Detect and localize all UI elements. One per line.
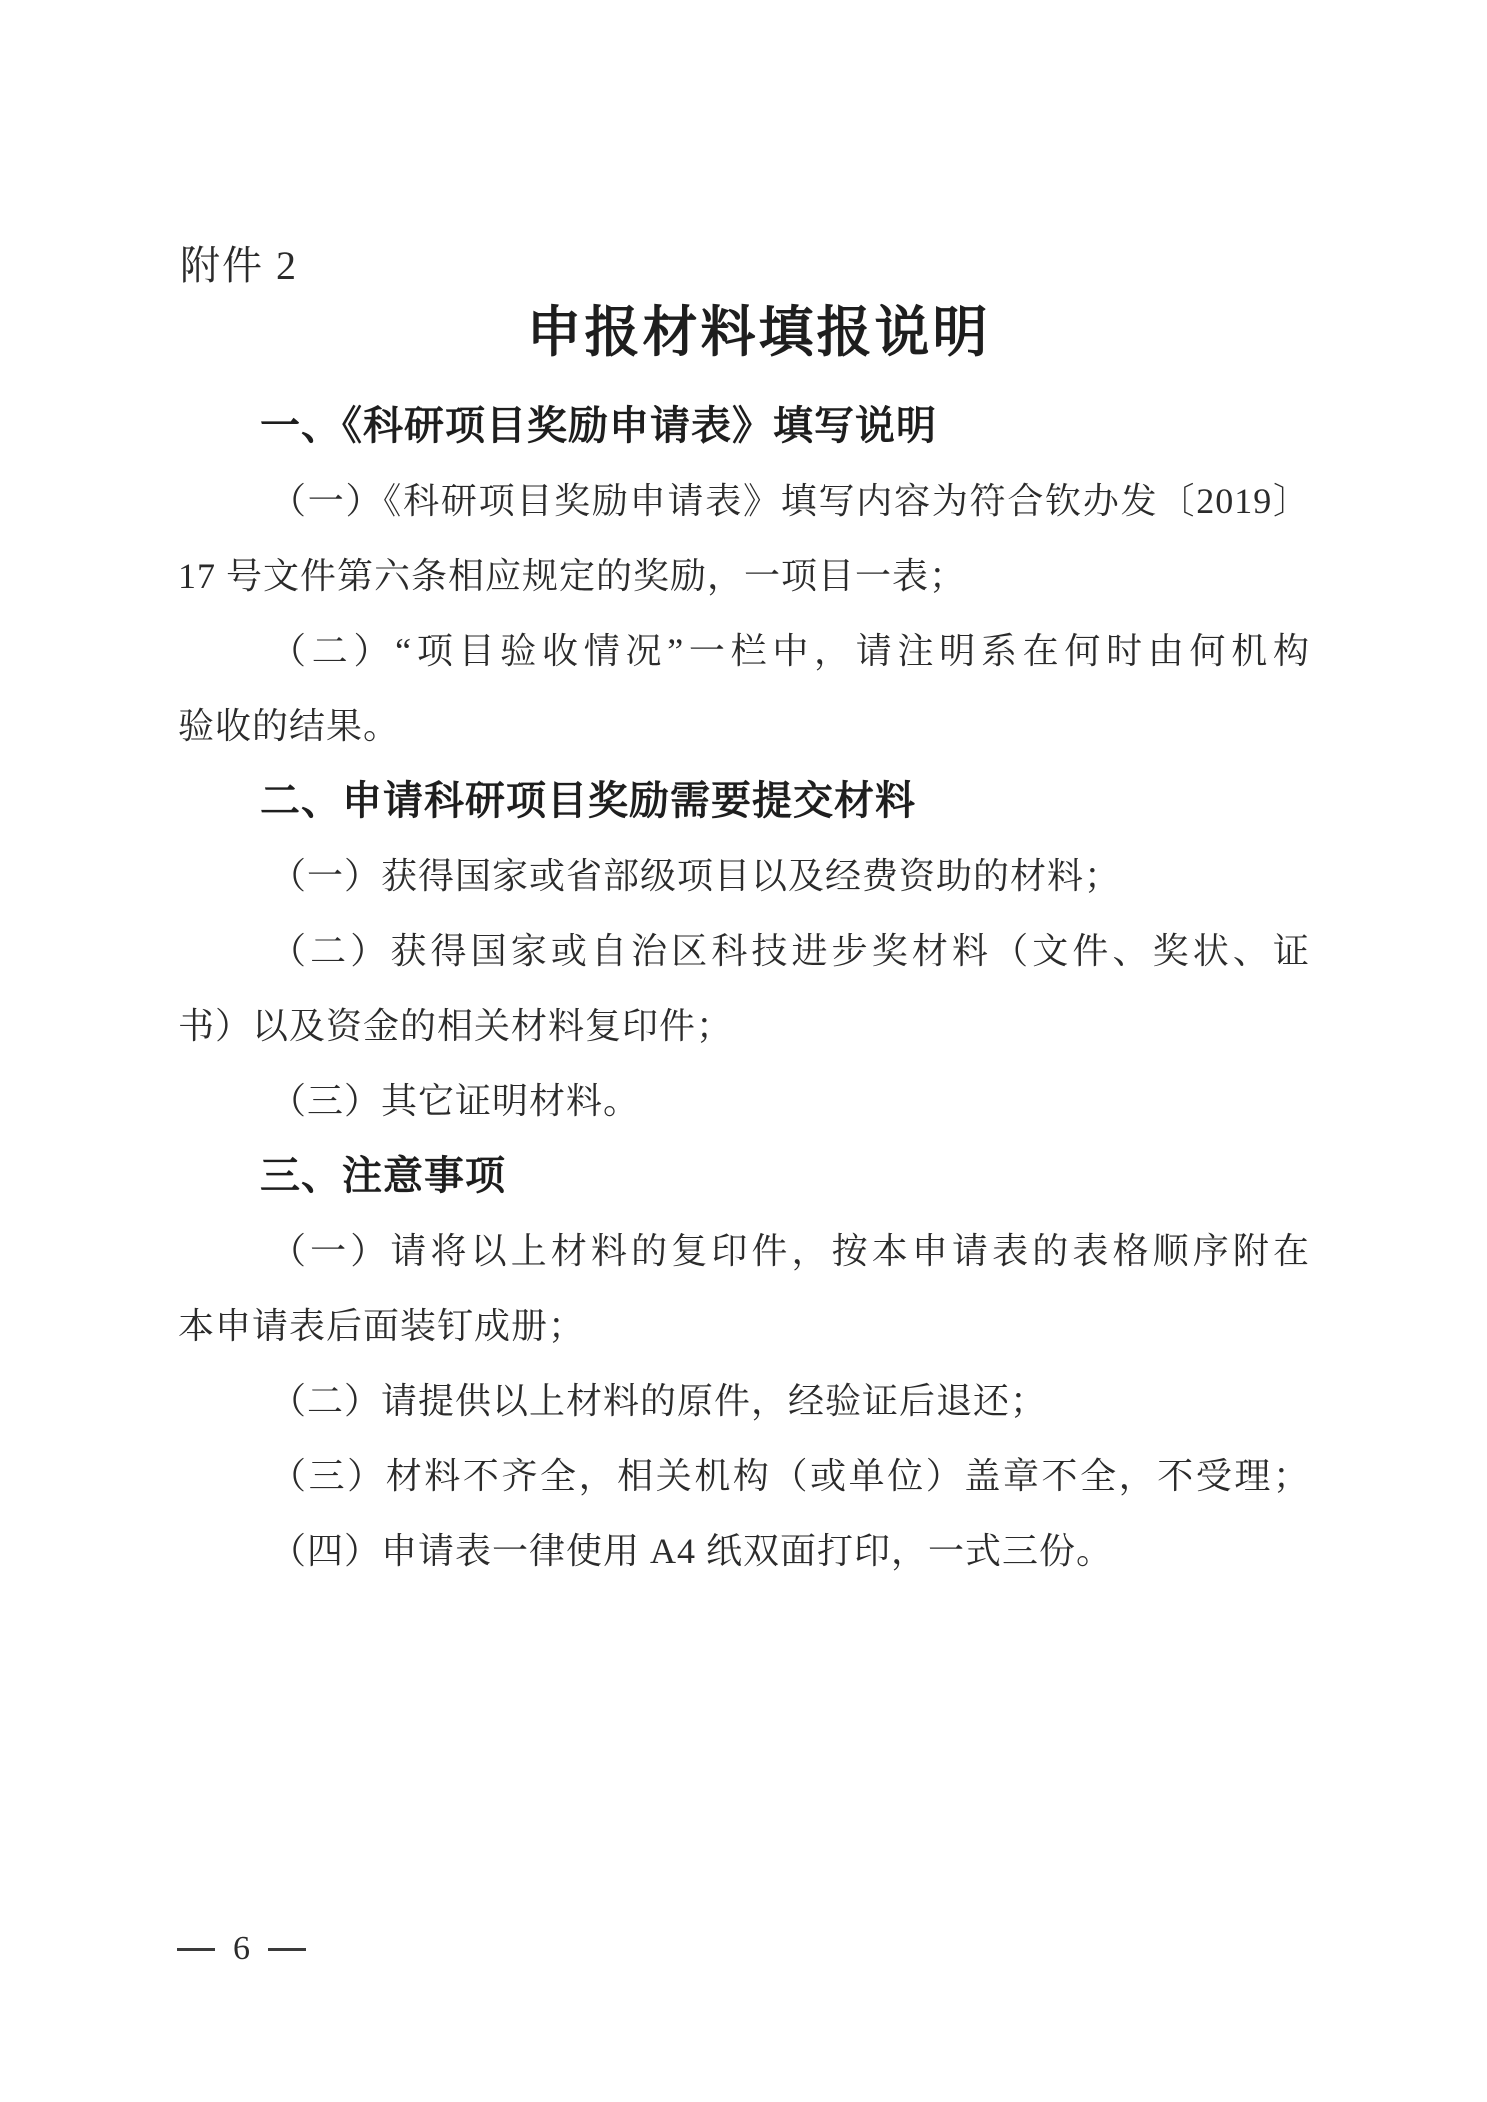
text-line: （三）其它证明材料。 bbox=[178, 1064, 1310, 1139]
attachment-label: 附件 2 bbox=[180, 240, 298, 292]
text-line: 书）以及资金的相关材料复印件； bbox=[178, 989, 1310, 1064]
page-footer: 6 bbox=[177, 1933, 306, 1965]
footer-dash-left bbox=[177, 1948, 215, 1951]
text-line: （一）获得国家或省部级项目以及经费资助的材料； bbox=[178, 839, 1310, 914]
text-line: （四）申请表一律使用 A4 纸双面打印，一式三份。 bbox=[178, 1514, 1310, 1589]
section-3-heading: 三、注意事项 bbox=[178, 1139, 1310, 1214]
text-line: （二）获得国家或自治区科技进步奖材料（文件、奖状、证 bbox=[178, 914, 1310, 989]
text-line: （一）请将以上材料的复印件，按本申请表的表格顺序附在 bbox=[178, 1214, 1310, 1289]
section-1-heading: 一、《科研项目奖励申请表》填写说明 bbox=[178, 389, 1310, 464]
text-line: （一）《科研项目奖励申请表》填写内容为符合钦办发〔2019〕 bbox=[178, 464, 1310, 539]
text-line: 17 号文件第六条相应规定的奖励，一项目一表； bbox=[178, 539, 1310, 614]
document-page: 附件 2 申报材料填报说明 一、《科研项目奖励申请表》填写说明 （一）《科研项目… bbox=[0, 0, 1487, 2102]
section-2-heading: 二、申请科研项目奖励需要提交材料 bbox=[178, 764, 1310, 839]
document-title: 申报材料填报说明 bbox=[0, 300, 1487, 366]
text-line: 验收的结果。 bbox=[178, 689, 1310, 764]
text-line: （二）请提供以上材料的原件，经验证后退还； bbox=[178, 1364, 1310, 1439]
text-line: （二）“项目验收情况”一栏中，请注明系在何时由何机构 bbox=[178, 614, 1310, 689]
footer-dash-right bbox=[268, 1948, 306, 1951]
text-line: 本申请表后面装钉成册； bbox=[178, 1289, 1310, 1364]
text-line: （三）材料不齐全，相关机构（或单位）盖章不全，不受理； bbox=[178, 1439, 1310, 1514]
page-number: 6 bbox=[233, 1933, 250, 1965]
document-body: 一、《科研项目奖励申请表》填写说明 （一）《科研项目奖励申请表》填写内容为符合钦… bbox=[178, 389, 1310, 1589]
